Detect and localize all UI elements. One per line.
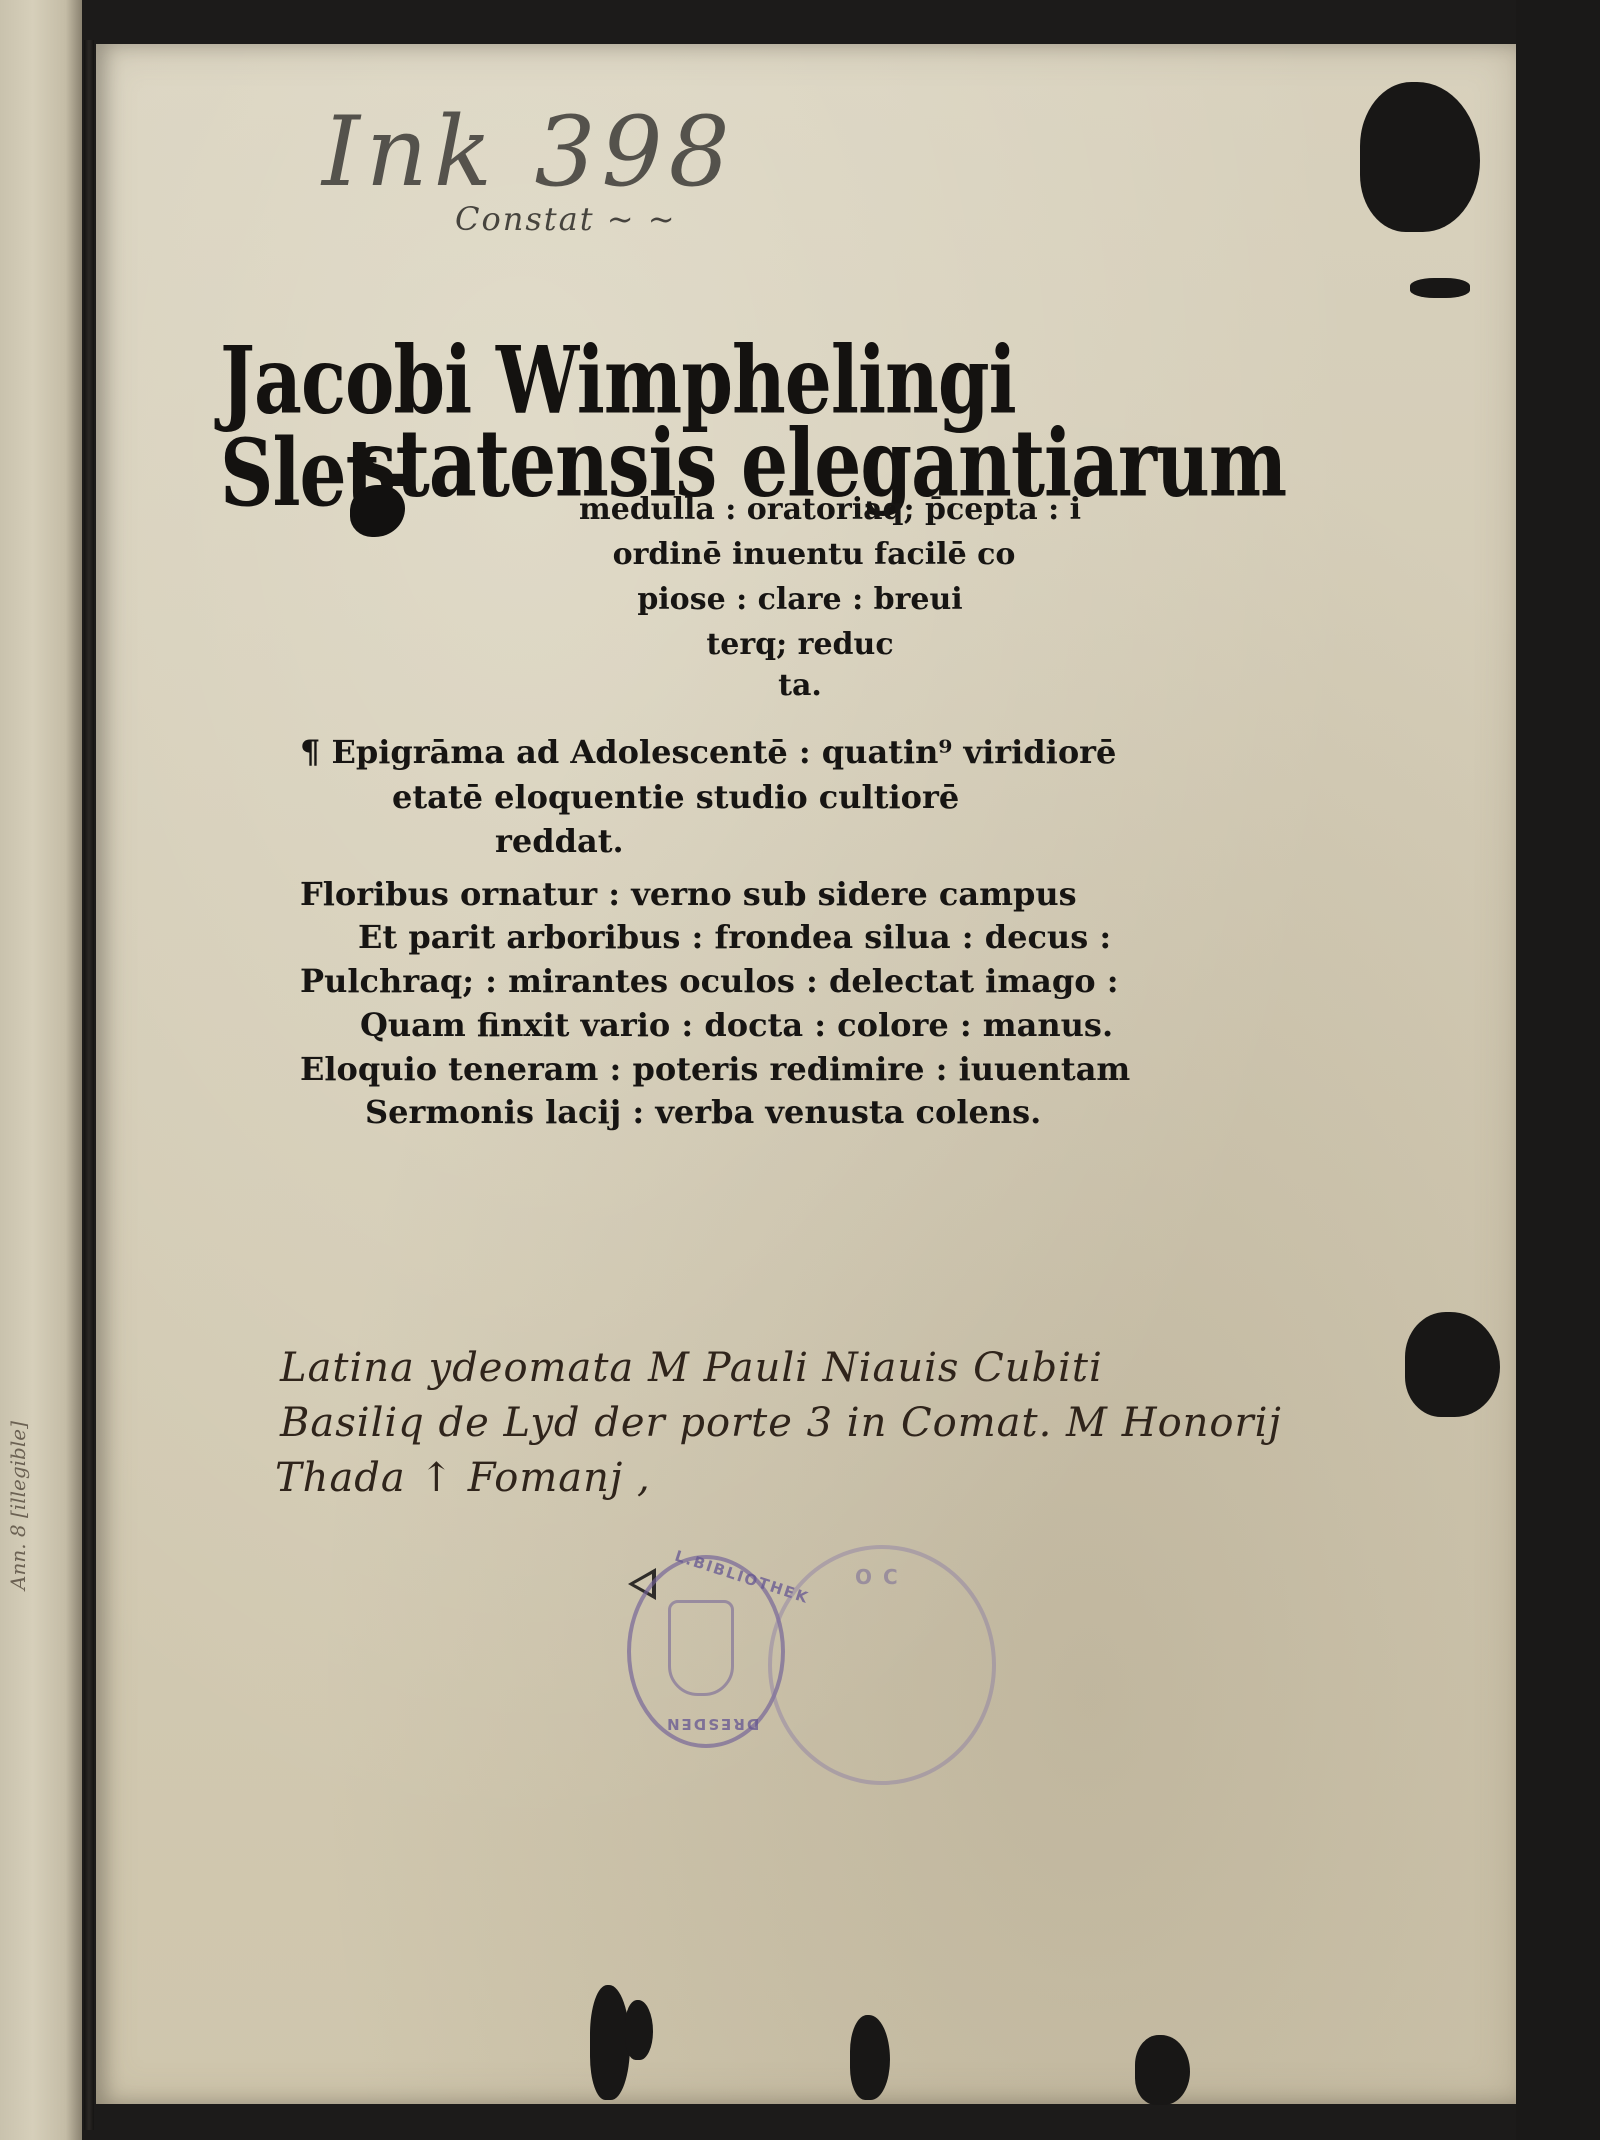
binding-left-board bbox=[0, 0, 82, 2140]
binding-margin-note: Ann. 8 [illegible] bbox=[6, 1350, 66, 1590]
epigram-heading-line-2: etatē eloquentie studio cultiorē bbox=[392, 778, 959, 816]
inscription-line-2: Basiliq de Lyd der porte 3 in Comat. M H… bbox=[280, 1400, 1282, 1446]
damage-hole-bottom-1 bbox=[590, 1985, 630, 2100]
damage-hole-bottom-4 bbox=[1135, 2035, 1190, 2105]
shelfmark-note: Constat ~ ~ bbox=[455, 200, 677, 238]
poem-line-3: Pulchraq; : mirantes oculos : delectat i… bbox=[300, 962, 1119, 1000]
scan-background-bottom bbox=[96, 2100, 1600, 2140]
poem-line-4: Quam finxit vario : docta : colore : man… bbox=[360, 1006, 1113, 1044]
stamp-crest-icon bbox=[668, 1600, 734, 1696]
damage-hole-top-right-small bbox=[1410, 278, 1470, 298]
shelfmark-handwritten: Ink 398 bbox=[322, 96, 736, 208]
epigram-heading-line-3: reddat. bbox=[495, 822, 624, 860]
poem-line-1: Floribus ornatur : verno sub sidere camp… bbox=[300, 875, 1077, 913]
inscription-line-1: Latina ydeomata M Pauli Niauis Cubiti bbox=[280, 1345, 1103, 1391]
title-line-7: ta. bbox=[0, 668, 1600, 703]
binding-gutter bbox=[84, 40, 94, 2130]
epigram-heading-line-1: ¶ Epigrāma ad Adolescentē : quatin⁹ viri… bbox=[300, 733, 1116, 771]
scan-background-right bbox=[1516, 0, 1600, 2140]
damage-hole-right-mid bbox=[1405, 1312, 1500, 1417]
scan-background-top bbox=[96, 0, 1600, 44]
title-line-4: ordinē inuentu facilē co bbox=[0, 537, 1600, 572]
damage-hole-bottom-2 bbox=[625, 2000, 653, 2060]
title-line-3: medulla : oratoriaq; p̄cepta : i bbox=[0, 492, 1600, 527]
poem-line-6: Sermonis lacij : verba venusta colens. bbox=[365, 1093, 1041, 1131]
poem-line-2: Et parit arboribus : frondea silua : dec… bbox=[358, 918, 1111, 956]
stamp-text-bottom: DRESDEN bbox=[665, 1715, 759, 1733]
title-line-5: piose : clare : breui bbox=[0, 582, 1600, 617]
faint-stamp-text: O C bbox=[855, 1565, 900, 1589]
poem-line-5: Eloquio teneram : poteris redimire : iuu… bbox=[300, 1050, 1130, 1088]
title-line-6: terq; reduc bbox=[0, 627, 1600, 662]
damage-hole-bottom-3 bbox=[850, 2015, 890, 2100]
inscription-line-3: Thada ↑ Fomanj , bbox=[275, 1455, 651, 1501]
